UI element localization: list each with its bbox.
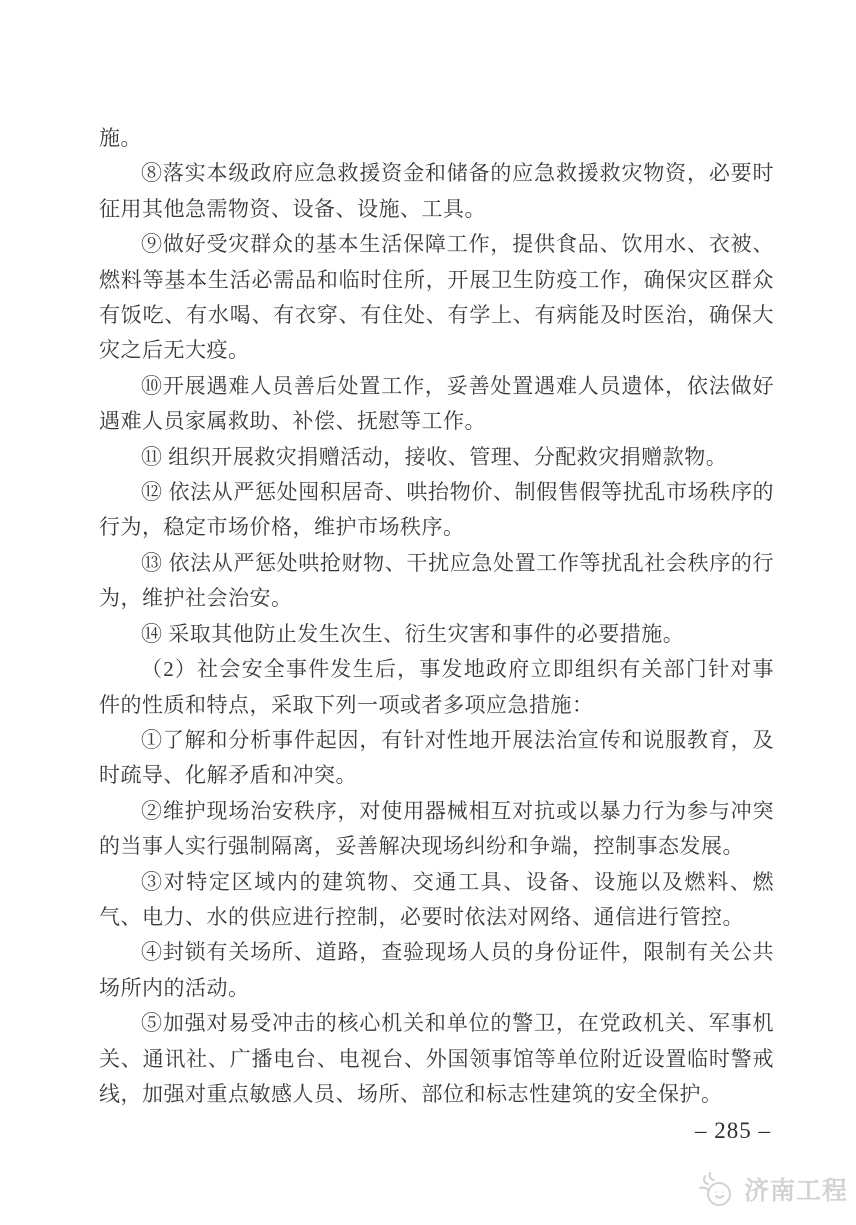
watermark-label: 济南工程 xyxy=(744,1171,848,1207)
paragraph-item-12: ⑫ 依法从严惩处囤积居奇、哄抬物价、制假售假等扰乱市场秩序的行为，稳定市场价格，… xyxy=(99,475,774,546)
paragraph-item-10: ⑩开展遇难人员善后处置工作，妥善处置遇难人员遗体，依法做好遇难人员家属救助、补偿… xyxy=(99,369,774,440)
paragraph-item-4: ④封锁有关场所、道路，查验现场人员的身份证件，限制有关公共场所内的活动。 xyxy=(99,935,774,1006)
chick-logo-icon xyxy=(697,1168,739,1210)
paragraph-item-1: ①了解和分析事件起因，有针对性地开展法治宣传和说服教育，及时疏导、化解矛盾和冲突… xyxy=(99,723,774,794)
page-number: – 285 – xyxy=(99,1118,771,1144)
paragraph-item-14: ⑭ 采取其他防止发生次生、衍生灾害和事件的必要措施。 xyxy=(99,617,774,652)
paragraph-item-9: ⑨做好受灾群众的基本生活保障工作，提供食品、饮用水、衣被、燃料等基本生活必需品和… xyxy=(99,227,774,369)
paragraph-section-2: （2）社会安全事件发生后，事发地政府立即组织有关部门针对事件的性质和特点，采取下… xyxy=(99,652,774,723)
paragraph-item-2: ②维护现场治安秩序，对使用器械相互对抗或以暴力行为参与冲突的当事人实行强制隔离，… xyxy=(99,794,774,865)
document-page: 施。 ⑧落实本级政府应急救援资金和储备的应急救援救灾物资，必要时征用其他急需物资… xyxy=(0,0,856,1225)
body-text: 施。 ⑧落实本级政府应急救援资金和储备的应急救援救灾物资，必要时征用其他急需物资… xyxy=(99,121,774,1112)
watermark: 济南工程 xyxy=(697,1168,848,1210)
paragraph-item-3: ③对特定区域内的建筑物、交通工具、设备、设施以及燃料、燃气、电力、水的供应进行控… xyxy=(99,865,774,936)
paragraph-item-5: ⑤加强对易受冲击的核心机关和单位的警卫，在党政机关、军事机关、通讯社、广播电台、… xyxy=(99,1006,774,1112)
paragraph-item-8: ⑧落实本级政府应急救援资金和储备的应急救援救灾物资，必要时征用其他急需物资、设备… xyxy=(99,156,774,227)
paragraph-continuation: 施。 xyxy=(99,121,774,156)
paragraph-item-13: ⑬ 依法从严惩处哄抢财物、干扰应急处置工作等扰乱社会秩序的行为，维护社会治安。 xyxy=(99,546,774,617)
paragraph-item-11: ⑪ 组织开展救灾捐赠活动，接收、管理、分配救灾捐赠款物。 xyxy=(99,440,774,475)
